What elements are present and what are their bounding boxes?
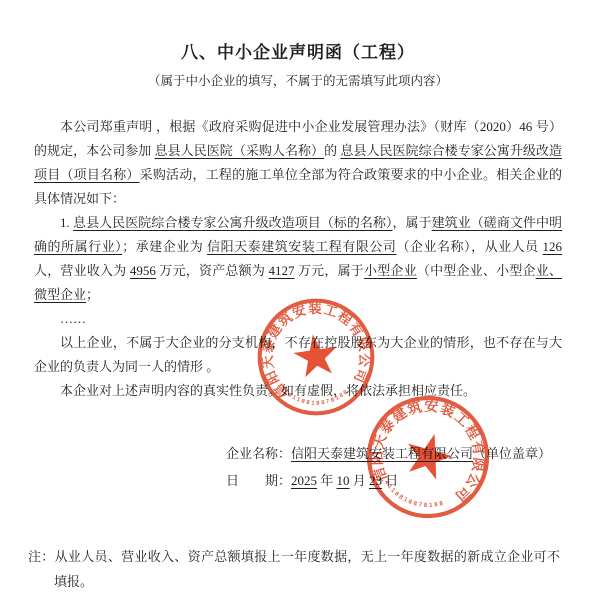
plain-text: ，属于: [393, 215, 432, 230]
footnote: 注：从业人员、营业收入、资产总额填报上一年度数据，无上一年度数据的新成立企业可不…: [28, 544, 560, 594]
plain-text: （企业名称），从业人员: [396, 239, 542, 254]
page-title: 八、中小企业声明函（工程）: [34, 38, 562, 63]
plain-text: （中型企业、小型企: [417, 263, 536, 278]
date-year-fill: 2025: [291, 473, 317, 488]
assets-fill: 4127: [269, 263, 295, 278]
size-category-fill: 小型企业: [364, 263, 417, 278]
paragraph-no-affiliation: 以上企业，不属于大企业的分支机构，不存在控股股东为大企业的情形，也不存在与大企业…: [34, 331, 562, 379]
date-label: 日 期：: [226, 473, 291, 488]
paragraph-enterprise-detail: 1. 息县人民医院综合楼专家公寓升级改造项目（标的名称），属于建筑业（磋商文件中…: [34, 211, 562, 307]
signature-date-row: 日 期：2025 年 10 月 23 日: [226, 467, 551, 494]
signature-company-name: 信阳天泰建筑安装工程有限公司: [291, 446, 473, 461]
date-day-fill: 23: [369, 473, 382, 488]
signature-block: 企业名称：信阳天泰建筑安装工程有限公司（单位盖章） 日 期：2025 年 10 …: [226, 440, 551, 494]
footnote-label: 注：: [28, 549, 55, 564]
day-unit: 日: [382, 473, 398, 488]
revenue-fill: 4956: [130, 263, 156, 278]
company-name-label: 企业名称：: [226, 446, 291, 461]
contractor-name-fill: 信阳天泰建筑安装工程有限公司: [207, 239, 396, 254]
plain-text: 万元，属于: [295, 263, 365, 278]
plain-text: 万元，资产总额为: [156, 263, 269, 278]
item-number: 1.: [60, 215, 73, 230]
year-unit: 年: [317, 473, 337, 488]
seal-hint-label: （单位盖章）: [473, 446, 551, 461]
connector-text: 的: [324, 143, 340, 158]
plain-text: 人，营业收入为: [34, 263, 130, 278]
subject-name-fill: 息县人民医院综合楼专家公寓升级改造项目（标的名称）: [73, 215, 392, 230]
paragraph-responsibility: 本企业对上述声明内容的真实性负责。如有虚假，将依法承担相应责任。: [34, 379, 562, 403]
plain-text: ；承建企业为: [122, 239, 207, 254]
paragraph-declaration-intro: 本公司郑重声明 ，根据《政府采购促进中小企业发展管理办法》（财库（2020）46…: [34, 115, 562, 211]
month-unit: 月: [350, 473, 370, 488]
date-month-fill: 10: [337, 473, 350, 488]
footnote-text: 从业人员、营业收入、资产总额填报上一年度数据，无上一年度数据的新成立企业可不填报…: [54, 549, 560, 589]
signature-company-row: 企业名称：信阳天泰建筑安装工程有限公司（单位盖章）: [226, 440, 551, 467]
purchaser-name-fill: 息县人民医院（采购人名称）: [155, 143, 324, 158]
page-subtitle: （属于中小企业的填写，不属于的无需填写此项内容）: [34, 71, 562, 89]
declaration-document: 八、中小企业声明函（工程） （属于中小企业的填写，不属于的无需填写此项内容） 本…: [0, 0, 594, 610]
paragraph-ellipsis: ……: [34, 307, 562, 331]
employee-count-fill: 126: [542, 239, 562, 254]
plain-text: ；: [86, 287, 99, 302]
